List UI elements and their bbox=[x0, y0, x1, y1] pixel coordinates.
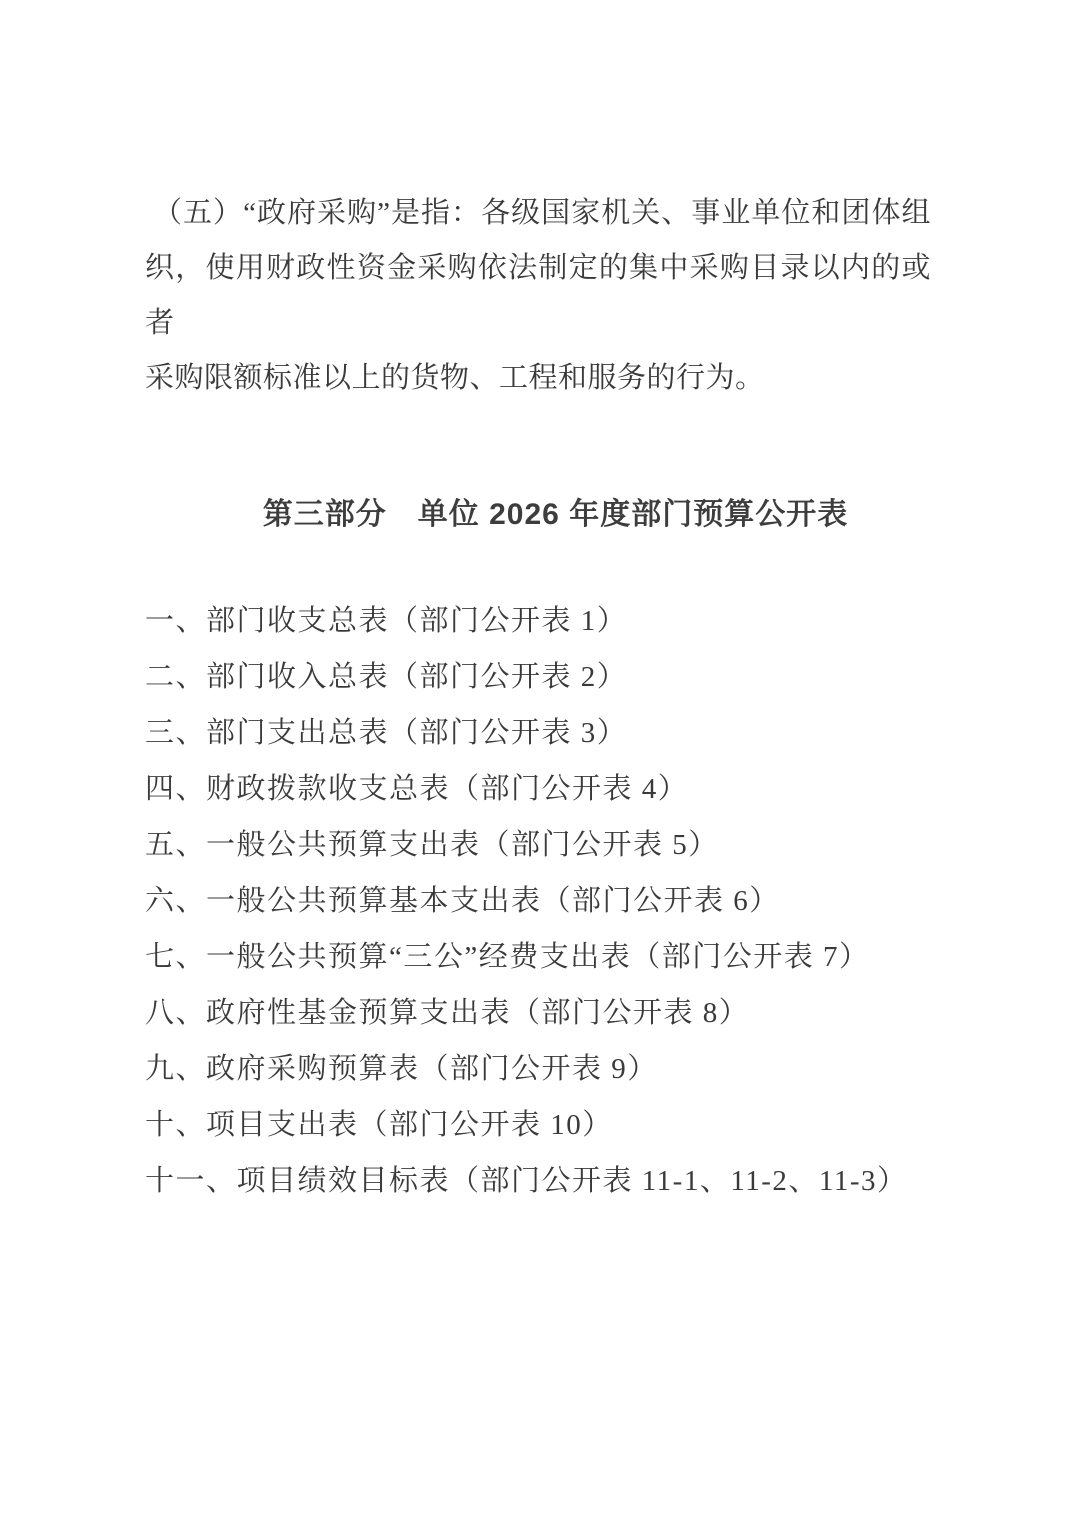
intro-line-1: （五）“政府采购”是指：各级国家机关、事业单位和团体组 bbox=[145, 186, 931, 241]
list-item-2: 二、部门收入总表（部门公开表 2） bbox=[145, 649, 975, 705]
intro-line-3: 采购限额标准以上的货物、工程和服务的行为。 bbox=[145, 351, 931, 406]
list-item-3: 三、部门支出总表（部门公开表 3） bbox=[145, 705, 975, 761]
list-item-5: 五、一般公共预算支出表（部门公开表 5） bbox=[145, 817, 975, 873]
list-item-8: 八、政府性基金预算支出表（部门公开表 8） bbox=[145, 985, 975, 1041]
list-item-4: 四、财政拨款收支总表（部门公开表 4） bbox=[145, 761, 975, 817]
list-item-11: 十一、项目绩效目标表（部门公开表 11-1、11-2、11-3） bbox=[145, 1153, 975, 1209]
list-item-10: 十、项目支出表（部门公开表 10） bbox=[145, 1097, 975, 1153]
section-heading: 第三部分 单位 2026 年度部门预算公开表 bbox=[180, 494, 931, 536]
list-item-6: 六、一般公共预算基本支出表（部门公开表 6） bbox=[145, 873, 975, 929]
list-item-9: 九、政府采购预算表（部门公开表 9） bbox=[145, 1041, 975, 1097]
list-item-1: 一、部门收支总表（部门公开表 1） bbox=[145, 593, 975, 649]
intro-line-2: 织，使用财政性资金采购依法制定的集中采购目录以内的或者 bbox=[145, 241, 931, 351]
budget-table-list: 一、部门收支总表（部门公开表 1） 二、部门收入总表（部门公开表 2） 三、部门… bbox=[145, 593, 975, 1209]
intro-paragraph: （五）“政府采购”是指：各级国家机关、事业单位和团体组 织，使用财政性资金采购依… bbox=[145, 186, 931, 406]
document-page: （五）“政府采购”是指：各级国家机关、事业单位和团体组 织，使用财政性资金采购依… bbox=[0, 0, 1074, 1520]
list-item-7: 七、一般公共预算“三公”经费支出表（部门公开表 7） bbox=[145, 929, 975, 985]
